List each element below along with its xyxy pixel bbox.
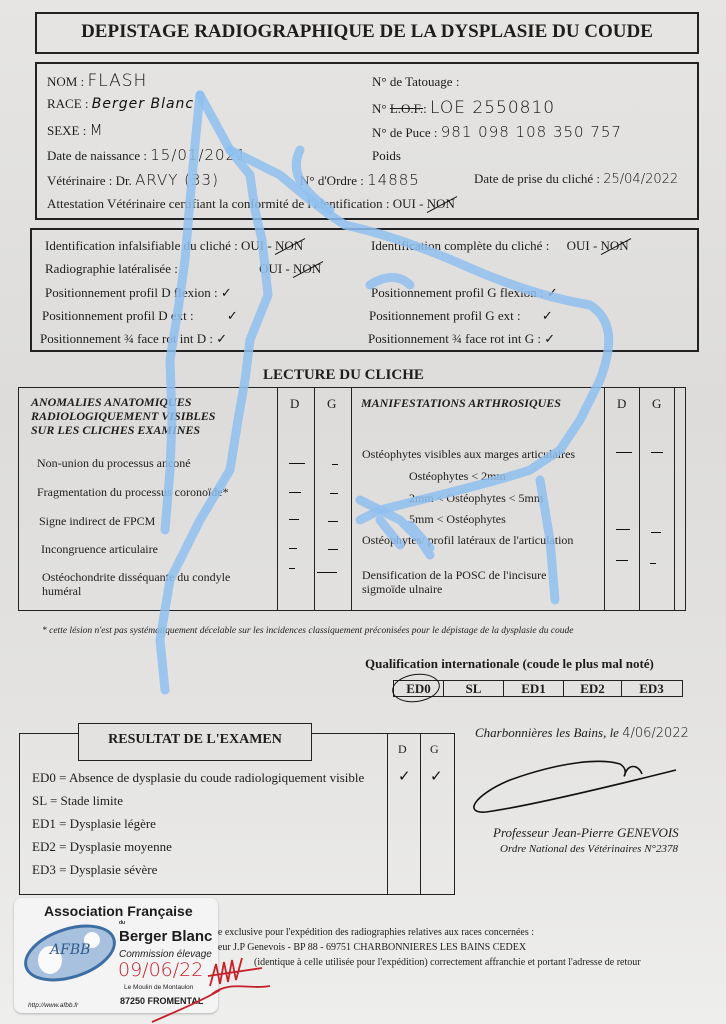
pos-g-face: Positionnement ¾ face rot int G : ✓: [368, 331, 556, 347]
lof-field: N° L.O.F.: LOE 2550810: [372, 98, 555, 118]
signatory-name: Professeur Jean-Pierre GENEVOIS: [493, 825, 679, 841]
pos-g-ext: Positionnement profil G ext : ✓: [369, 308, 554, 324]
pos-d-ext: Positionnement profil D ext : ✓: [42, 308, 239, 324]
arthrose-row: 2mm < Ostéophytes < 5mm: [409, 491, 543, 506]
footnote: * cette lésion n'est pas systématiquemen…: [42, 626, 574, 636]
signatory-ordre: Ordre National des Vétérinaires N°2378: [500, 843, 678, 855]
selected-grade-circle: [390, 671, 441, 705]
result-ed0-g-mark: ✓: [430, 767, 444, 785]
result-row: ED2 = Dysplasie moyenne: [32, 839, 172, 855]
lof-value: LOE 2550810: [430, 98, 555, 118]
lecture-table: ANOMALIES ANATOMIQUES RADIOLOGIQUEMENT V…: [18, 387, 686, 611]
result-row: ED1 = Dysplasie légère: [32, 816, 156, 832]
attestation-non-struck: NON: [427, 196, 455, 211]
qualification-title: Qualification internationale (coude le p…: [365, 656, 654, 672]
poids-field: Poids: [372, 148, 401, 164]
infalsifiable-field: Identification infalsifiable du cliché :…: [45, 238, 303, 254]
pos-d-face: Positionnement ¾ face rot int D : ✓: [40, 331, 228, 347]
nom-field: NOM : FLASH: [47, 71, 147, 91]
puce-value: 981 098 108 350 757: [441, 123, 622, 141]
grade-ed2: ED2: [564, 681, 622, 696]
result-ed0-d-mark: ✓: [398, 767, 412, 785]
veterinaire-value: ARVY (33): [135, 171, 219, 189]
arthrose-row: Ostéophytes < 2mm: [409, 469, 506, 484]
naissance-value: 15/01/2021: [150, 146, 246, 164]
veterinaire-field: Vétérinaire : Dr. ARVY (33): [47, 171, 219, 189]
result-row: ED3 = Dysplasie sévère: [32, 862, 157, 878]
sexe-value: M: [90, 121, 104, 139]
identity-box: NOM : FLASH RACE : Berger Blanc SEXE : M…: [35, 62, 699, 220]
date-cliche-value: 25/04/2022: [603, 172, 678, 187]
arthrose-row: Densification de la POSC de l'incisure s…: [362, 568, 546, 596]
grade-ed1: ED1: [504, 681, 564, 696]
tatouage-field: N° de Tatouage :: [372, 74, 459, 90]
cliche-box: Identification infalsifiable du cliché :…: [30, 228, 699, 352]
ordre-value: 14885: [367, 171, 420, 189]
naissance-field: Date de naissance : 15/01/2021: [47, 146, 247, 164]
anomaly-row: Non-union du processus anconé: [37, 456, 191, 471]
anomaly-row: Incongruence articulaire: [41, 542, 158, 557]
arthrose-row: Ostéophytes visibles aux marges articula…: [362, 447, 575, 462]
pos-d-flexion: Positionnement profil D flexion : ✓: [45, 285, 233, 301]
attestation-field: Attestation Vétérinaire certifiant la co…: [47, 196, 455, 212]
arthrose-row: Ostéophytes/ profil latéraux de l'articu…: [362, 533, 573, 548]
place-date: Charbonnières les Bains, le 4/06/2022: [475, 725, 689, 741]
lateralisee-field: Radiographie latéralisée : OUI - NON: [45, 261, 321, 277]
pos-g-flexion: Positionnement profil G flexion : ✓: [371, 285, 559, 301]
resultat-title: RESULTAT DE L'EXAMEN: [79, 732, 311, 748]
date-cliche-field: Date de prise du cliché : 25/04/2022: [474, 171, 678, 187]
resultat-title-box: RESULTAT DE L'EXAMEN: [78, 723, 312, 761]
anomalies-header: ANOMALIES ANATOMIQUES RADIOLOGIQUEMENT V…: [31, 395, 215, 437]
arthrose-header: MANIFESTATIONS ARTHROSIQUES: [361, 396, 561, 411]
lecture-title: LECTURE DU CLICHE: [263, 367, 424, 384]
race-value: Berger Blanc: [92, 96, 194, 112]
title-box: DEPISTAGE RADIOGRAPHIQUE DE LA DYSPLASIE…: [35, 12, 699, 54]
anomaly-row: Signe indirect de FPCM: [39, 514, 155, 529]
arthrose-row: 5mm < Ostéophytes: [409, 512, 506, 527]
result-row: SL = Stade limite: [32, 793, 123, 809]
signature-scribble: [470, 750, 680, 820]
anomaly-row: Fragmentation du processus coronoïde*: [37, 485, 229, 500]
document-title: DEPISTAGE RADIOGRAPHIQUE DE LA DYSPLASIE…: [37, 21, 697, 43]
puce-field: N° de Puce : 981 098 108 350 757: [372, 123, 622, 141]
qualification-grades: ED0 SL ED1 ED2 ED3: [393, 680, 683, 697]
grade-sl: SL: [444, 681, 504, 696]
grade-ed3: ED3: [622, 681, 681, 696]
red-signature: [150, 950, 290, 1024]
anomaly-row: Ostéochondrite disséquante du condyle hu…: [42, 570, 230, 598]
sexe-field: SEXE : M: [47, 121, 104, 139]
nom-value: FLASH: [87, 71, 147, 91]
ordre-field: N° d'Ordre : 14885: [300, 171, 420, 189]
race-field: RACE : Berger Blanc: [47, 96, 194, 112]
signature-date: 4/06/2022: [622, 726, 689, 741]
complete-field: Identification complète du cliché : OUI …: [371, 238, 629, 254]
result-row: ED0 = Absence de dysplasie du coude radi…: [32, 770, 364, 786]
afbb-logo-text: AFBB: [50, 942, 90, 958]
